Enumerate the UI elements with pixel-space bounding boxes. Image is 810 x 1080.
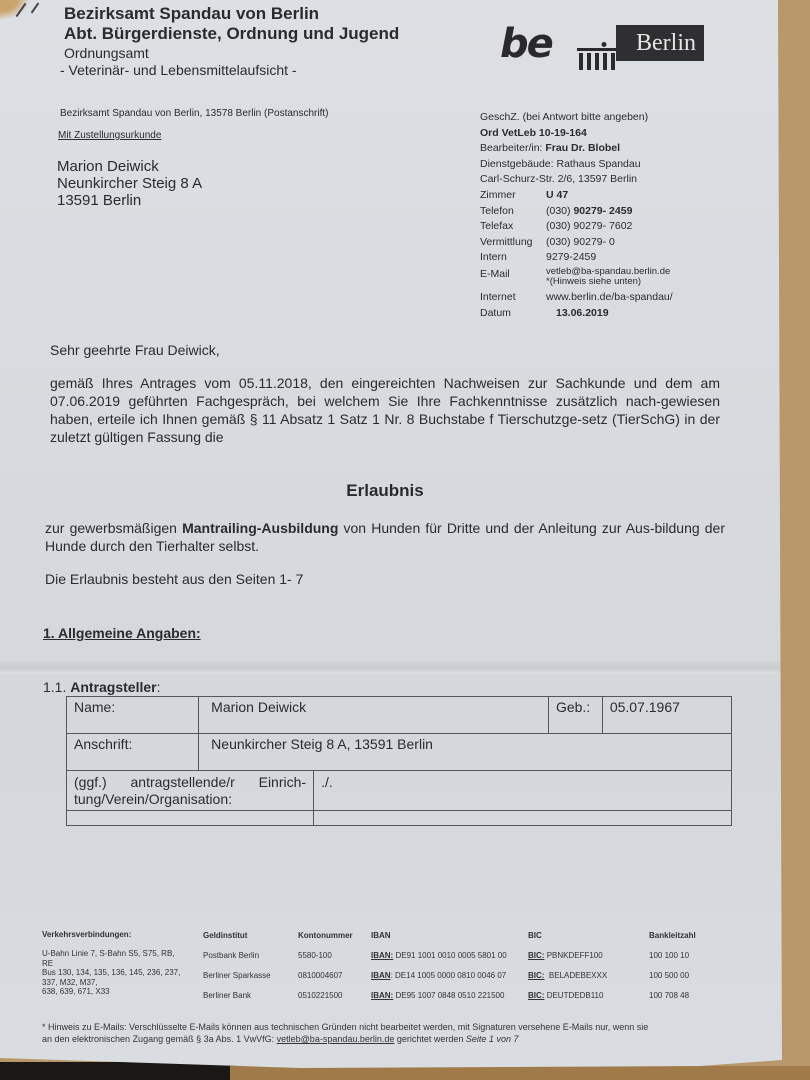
office-address: Carl-Schurz-Str. 2/6, 13597 Berlin	[480, 172, 673, 188]
berlin-logo: be Berlin	[500, 22, 710, 70]
transport-header: Verkehrsverbindungen:	[42, 930, 131, 940]
bic-entry: BIC: DEUTDEDB110	[528, 991, 603, 1001]
office-name: Ordnungsamt	[64, 45, 149, 62]
phone-value: 90279- 2459	[573, 204, 632, 220]
phone-prefix: (030)	[546, 204, 573, 220]
handler-row: Bearbeiter/in: Frau Dr. Blobel	[480, 141, 673, 157]
applicant-address: Neunkircher Steig 8 A, 13591 Berlin	[199, 734, 732, 771]
bank-code: 100 500 00	[649, 971, 689, 981]
email-notice-text: an den elektronischen Zugang gemäß § 3a …	[42, 1034, 277, 1044]
switchboard-label: Vermittlung	[480, 235, 546, 251]
email-label: E-Mail	[480, 267, 546, 287]
bank-code: 100 100 10	[649, 951, 689, 961]
section-1-heading: 1. Allgemeine Angaben:	[43, 625, 201, 641]
empty-cell	[67, 811, 314, 826]
recipient-street: Neunkircher Steig 8 A	[57, 175, 202, 192]
section-label: Antragsteller	[70, 679, 156, 695]
section-number: 1.1.	[43, 679, 70, 695]
sender-line: Bezirksamt Spandau von Berlin, 13578 Ber…	[60, 108, 328, 119]
account-number: 0810004607	[298, 971, 343, 981]
switchboard-value: (030) 90279- 0	[546, 235, 615, 251]
recipient-city: 13591 Berlin	[57, 192, 202, 209]
phone-label: Telefon	[480, 204, 546, 220]
bank-name: Berliner Sparkasse	[203, 971, 271, 981]
email-notice-line2: an den elektronischen Zugang gemäß § 3a …	[42, 1033, 648, 1045]
table-row: Anschrift: Neunkircher Steig 8 A, 13591 …	[67, 734, 732, 771]
handler-label: Bearbeiter/in:	[480, 142, 542, 154]
pen-mark	[31, 3, 40, 14]
bank-header: Geldinstitut	[203, 931, 247, 941]
iban-entry: IBAN: DE14 1005 0000 0810 0046 07	[371, 971, 506, 981]
scope-text-pre: zur gewerbsmäßigen	[45, 520, 182, 536]
bank-code: 100 708 48	[649, 991, 689, 1001]
phone-row: Telefon(030) 90279- 2459	[480, 204, 673, 220]
iban-header: IBAN	[371, 931, 391, 941]
reference-number: Ord VetLeb 10-19-164	[480, 126, 673, 142]
bic-value: DEUTDEDB110	[547, 991, 604, 1000]
applicant-table: Name: Marion Deiwick Geb.: 05.07.1967 An…	[66, 696, 732, 826]
building-value: Rathaus Spandau	[556, 158, 640, 170]
iban-entry: IBAN: DE91 1001 0010 0005 5801 00	[371, 951, 507, 961]
email-row: E-Mail vetleb@ba-spandau.berlin.de *(Hin…	[480, 267, 673, 287]
bic-entry: BIC: PBNKDEFF100	[528, 951, 603, 961]
iban-value: : DE14 1005 0000 0810 0046 07	[391, 971, 507, 980]
delivery-note: Mit Zustellungsurkunde	[58, 130, 161, 141]
department-name: Abt. Bürgerdienste, Ordnung und Jugend	[64, 24, 399, 44]
account-header: Kontonummer	[298, 931, 353, 941]
iban-entry: IBAN: DE95 1007 0848 0510 221500	[371, 991, 504, 1001]
permit-scope-paragraph: zur gewerbsmäßigen Mantrailing-Ausbildun…	[45, 519, 725, 555]
bic-label: BIC:	[528, 951, 544, 960]
letter-page: Bezirksamt Spandau von Berlin Abt. Bürge…	[0, 0, 782, 1068]
applicant-name: Marion Deiwick	[199, 697, 549, 734]
page-number: Seite 1 von 7	[466, 1034, 519, 1044]
section-1-1-heading: 1.1. Antragsteller:	[43, 679, 161, 695]
reference-label: GeschZ. (bei Antwort bitte angeben)	[480, 110, 673, 126]
fax-row: Telefax(030) 90279- 7602	[480, 219, 673, 235]
bic-value: BELADEBEXXX	[549, 971, 607, 980]
email-hint: *(Hinweis siehe unten)	[546, 277, 670, 287]
internal-row: Intern9279-2459	[480, 250, 673, 266]
bic-header: BIC	[528, 931, 542, 941]
email-notice: * Hinweis zu E-Mails: Verschlüsselte E-M…	[42, 1021, 648, 1045]
room-row: ZimmerU 47	[480, 188, 673, 204]
blz-header: Bankleitzahl	[649, 931, 696, 941]
bank-name: Postbank Berlin	[203, 951, 259, 961]
transport-line: 638, 639, 671, X33	[42, 987, 180, 997]
transport-lines: U-Bahn Linie 7, S-Bahn S5, S75, RB, RE B…	[42, 949, 180, 997]
salutation: Sehr geehrte Frau Deiwick,	[50, 342, 220, 358]
internal-value: 9279-2459	[546, 250, 596, 266]
internet-row: Internetwww.berlin.de/ba-spandau/	[480, 290, 673, 306]
handler-name: Frau Dr. Blobel	[545, 142, 620, 154]
bic-label: BIC:	[528, 971, 544, 980]
email-notice-text-post: gerichtet werden	[394, 1034, 466, 1044]
organisation-label-line1: (ggf.) antragstellende/r Einrich-	[74, 774, 306, 791]
account-number: 5580-100	[298, 951, 332, 961]
account-number: 0510221500	[298, 991, 343, 1001]
dob-label: Geb.:	[548, 697, 602, 734]
document-title: Erlaubnis	[0, 481, 770, 501]
scope-activity: Mantrailing-Ausbildung	[182, 520, 338, 536]
building-label: Dienstgebäude:	[480, 158, 554, 170]
room-value: U 47	[546, 188, 568, 204]
fax-label: Telefax	[480, 219, 546, 235]
transport-line: Bus 130, 134, 135, 136, 145, 236, 237,	[42, 968, 180, 978]
internal-label: Intern	[480, 250, 546, 266]
email-block: vetleb@ba-spandau.berlin.de *(Hinweis si…	[546, 267, 670, 287]
email-notice-line1: * Hinweis zu E-Mails: Verschlüsselte E-M…	[42, 1021, 648, 1033]
switchboard-row: Vermittlung(030) 90279- 0	[480, 235, 673, 251]
logo-berlin-box: Berlin	[616, 25, 704, 61]
date-row: Datum13.06.2019	[480, 306, 673, 322]
transport-line: 337, M32, M37,	[42, 978, 180, 988]
name-label: Name:	[67, 697, 199, 734]
organisation-value: ./.	[314, 771, 732, 811]
pages-note: Die Erlaubnis besteht aus den Seiten 1- …	[45, 571, 303, 587]
bic-entry: BIC: BELADEBEXXX	[528, 971, 607, 981]
address-label: Anschrift:	[67, 734, 199, 771]
section-colon: :	[157, 679, 161, 695]
organisation-label: (ggf.) antragstellende/r Einrich- tung/V…	[67, 771, 314, 811]
unit-name: - Veterinär- und Lebensmittelaufsicht -	[60, 62, 297, 79]
notice-email-link[interactable]: vetleb@ba-spandau.berlin.de	[277, 1034, 395, 1044]
bank-name: Berliner Bank	[203, 991, 251, 1001]
room-label: Zimmer	[480, 188, 546, 204]
letter-date: 13.06.2019	[556, 306, 609, 322]
building-row: Dienstgebäude: Rathaus Spandau	[480, 157, 673, 173]
logo-be-text: be	[500, 22, 552, 66]
recipient-address: Marion Deiwick Neunkircher Steig 8 A 135…	[57, 158, 202, 209]
organisation-label-line2: tung/Verein/Organisation:	[74, 791, 306, 808]
transport-line: U-Bahn Linie 7, S-Bahn S5, S75, RB,	[42, 949, 180, 959]
reference-info-block: GeschZ. (bei Antwort bitte angeben) Ord …	[480, 110, 673, 321]
iban-value: DE91 1001 0010 0005 5801 00	[395, 951, 506, 960]
bic-label: BIC:	[528, 991, 544, 1000]
intro-paragraph: gemäß Ihres Antrages vom 05.11.2018, den…	[50, 374, 720, 446]
date-label: Datum	[480, 306, 556, 322]
authority-name: Bezirksamt Spandau von Berlin	[64, 4, 319, 24]
empty-cell	[314, 811, 732, 826]
table-row: (ggf.) antragstellende/r Einrich- tung/V…	[67, 771, 732, 811]
internet-link[interactable]: www.berlin.de/ba-spandau/	[546, 290, 673, 306]
recipient-name: Marion Deiwick	[57, 158, 202, 175]
table-row: Name: Marion Deiwick Geb.: 05.07.1967	[67, 697, 732, 734]
bic-value: PBNKDEFF100	[547, 951, 603, 960]
iban-label: IBAN:	[371, 951, 393, 960]
transport-line: RE	[42, 959, 180, 969]
iban-value: DE95 1007 0848 0510 221500	[395, 991, 504, 1000]
iban-label: IBAN	[371, 971, 391, 980]
applicant-dob: 05.07.1967	[602, 697, 731, 734]
internet-label: Internet	[480, 290, 546, 306]
fax-value: (030) 90279- 7602	[546, 219, 632, 235]
iban-label: IBAN:	[371, 991, 393, 1000]
table-row	[67, 811, 732, 826]
background-table	[230, 1066, 810, 1080]
